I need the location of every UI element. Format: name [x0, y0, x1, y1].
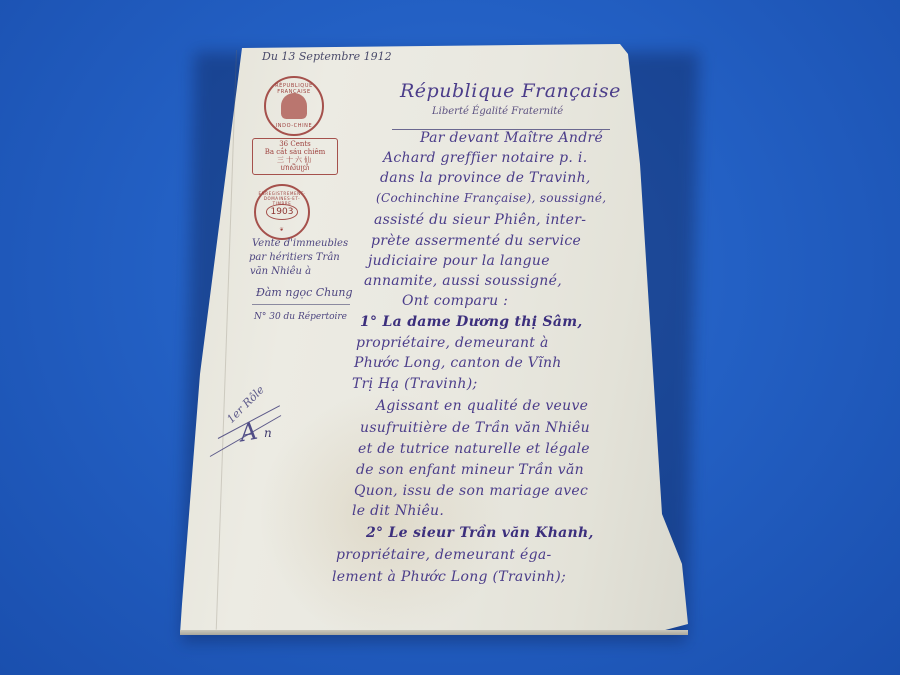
body-line: prète assermenté du service [371, 233, 581, 249]
repertoire-number: N° 30 du Répertoire [254, 312, 347, 322]
fee-line-1: 36 Cents [253, 140, 337, 148]
body-line: 1° La dame Dương thị Sâm, [360, 314, 583, 330]
registration-ring-text: ENREGISTREMENT-DOMAINES-ET-TIMBRE [256, 191, 308, 206]
body-line: et de tutrice naturelle et légale [358, 441, 590, 457]
document-title: République Française [400, 80, 621, 102]
body-line: (Cochinchine Française), soussigné, [376, 191, 606, 205]
body-line: Ont comparu : [402, 293, 508, 309]
registration-year: 1903 [266, 204, 299, 220]
laurel-wreath-icon: ❦ [256, 227, 308, 233]
fee-stamp: 36 Cents Ba cắt sáu chiêm 三十六仙 ហាសិបប្រា… [252, 138, 338, 175]
body-line: propriétaire, demeurant à [356, 335, 549, 351]
margin-note-rule [252, 304, 350, 305]
body-line: judiciaire pour la langue [368, 253, 550, 269]
republic-motto: Liberté Égalité Fraternité [432, 106, 563, 117]
body-line: Phước Long, canton de Vĩnh [354, 355, 562, 371]
republic-seal: RÉPUBLIQUE FRANÇAISE INDO-CHINE [264, 76, 324, 136]
margin-note-line: par héritiers Trân [249, 252, 340, 263]
margin-note-line: Đàm ngọc Chung [256, 286, 352, 299]
margin-note-line: văn Nhiêu à [250, 266, 311, 277]
fee-line-4: ហាសិបប្រាំ [253, 164, 337, 172]
marianne-seal-icon [281, 93, 307, 119]
body-line: Achard greffier notaire p. i. [383, 150, 587, 166]
body-line: Agissant en qualité de veuve [376, 398, 588, 414]
registration-seal: ENREGISTREMENT-DOMAINES-ET-TIMBRE 1903 ❦ [254, 184, 310, 240]
paper-stack-edge [180, 630, 688, 635]
body-line: propriétaire, demeurant éga- [336, 547, 552, 563]
margin-note-line: Vente d'immeubles [252, 238, 348, 249]
date-line: Du 13 Septembre 1912 [262, 50, 392, 63]
body-line: le dit Nhiêu. [352, 503, 444, 519]
signature-initials: n [264, 426, 272, 440]
fee-line-3: 三十六仙 [253, 156, 337, 164]
body-line: Quon, issu de son mariage avec [354, 483, 588, 499]
body-line: de son enfant mineur Trần văn [356, 462, 584, 478]
body-line: assisté du sieur Phiên, inter- [374, 212, 586, 228]
seal-bottom-text: INDO-CHINE [266, 123, 322, 129]
body-line: lement à Phước Long (Travinh); [332, 569, 566, 585]
body-line: dans la province de Travinh, [380, 170, 591, 186]
body-line: annamite, aussi soussigné, [364, 273, 562, 289]
body-line: Par devant Maître André [420, 130, 603, 146]
body-line: usufruitière de Trần văn Nhiêu [360, 420, 590, 436]
fee-line-2: Ba cắt sáu chiêm [253, 148, 337, 156]
body-line: Trị Hạ (Travinh); [352, 376, 478, 392]
body-line: 2° Le sieur Trần văn Khanh, [366, 525, 594, 541]
